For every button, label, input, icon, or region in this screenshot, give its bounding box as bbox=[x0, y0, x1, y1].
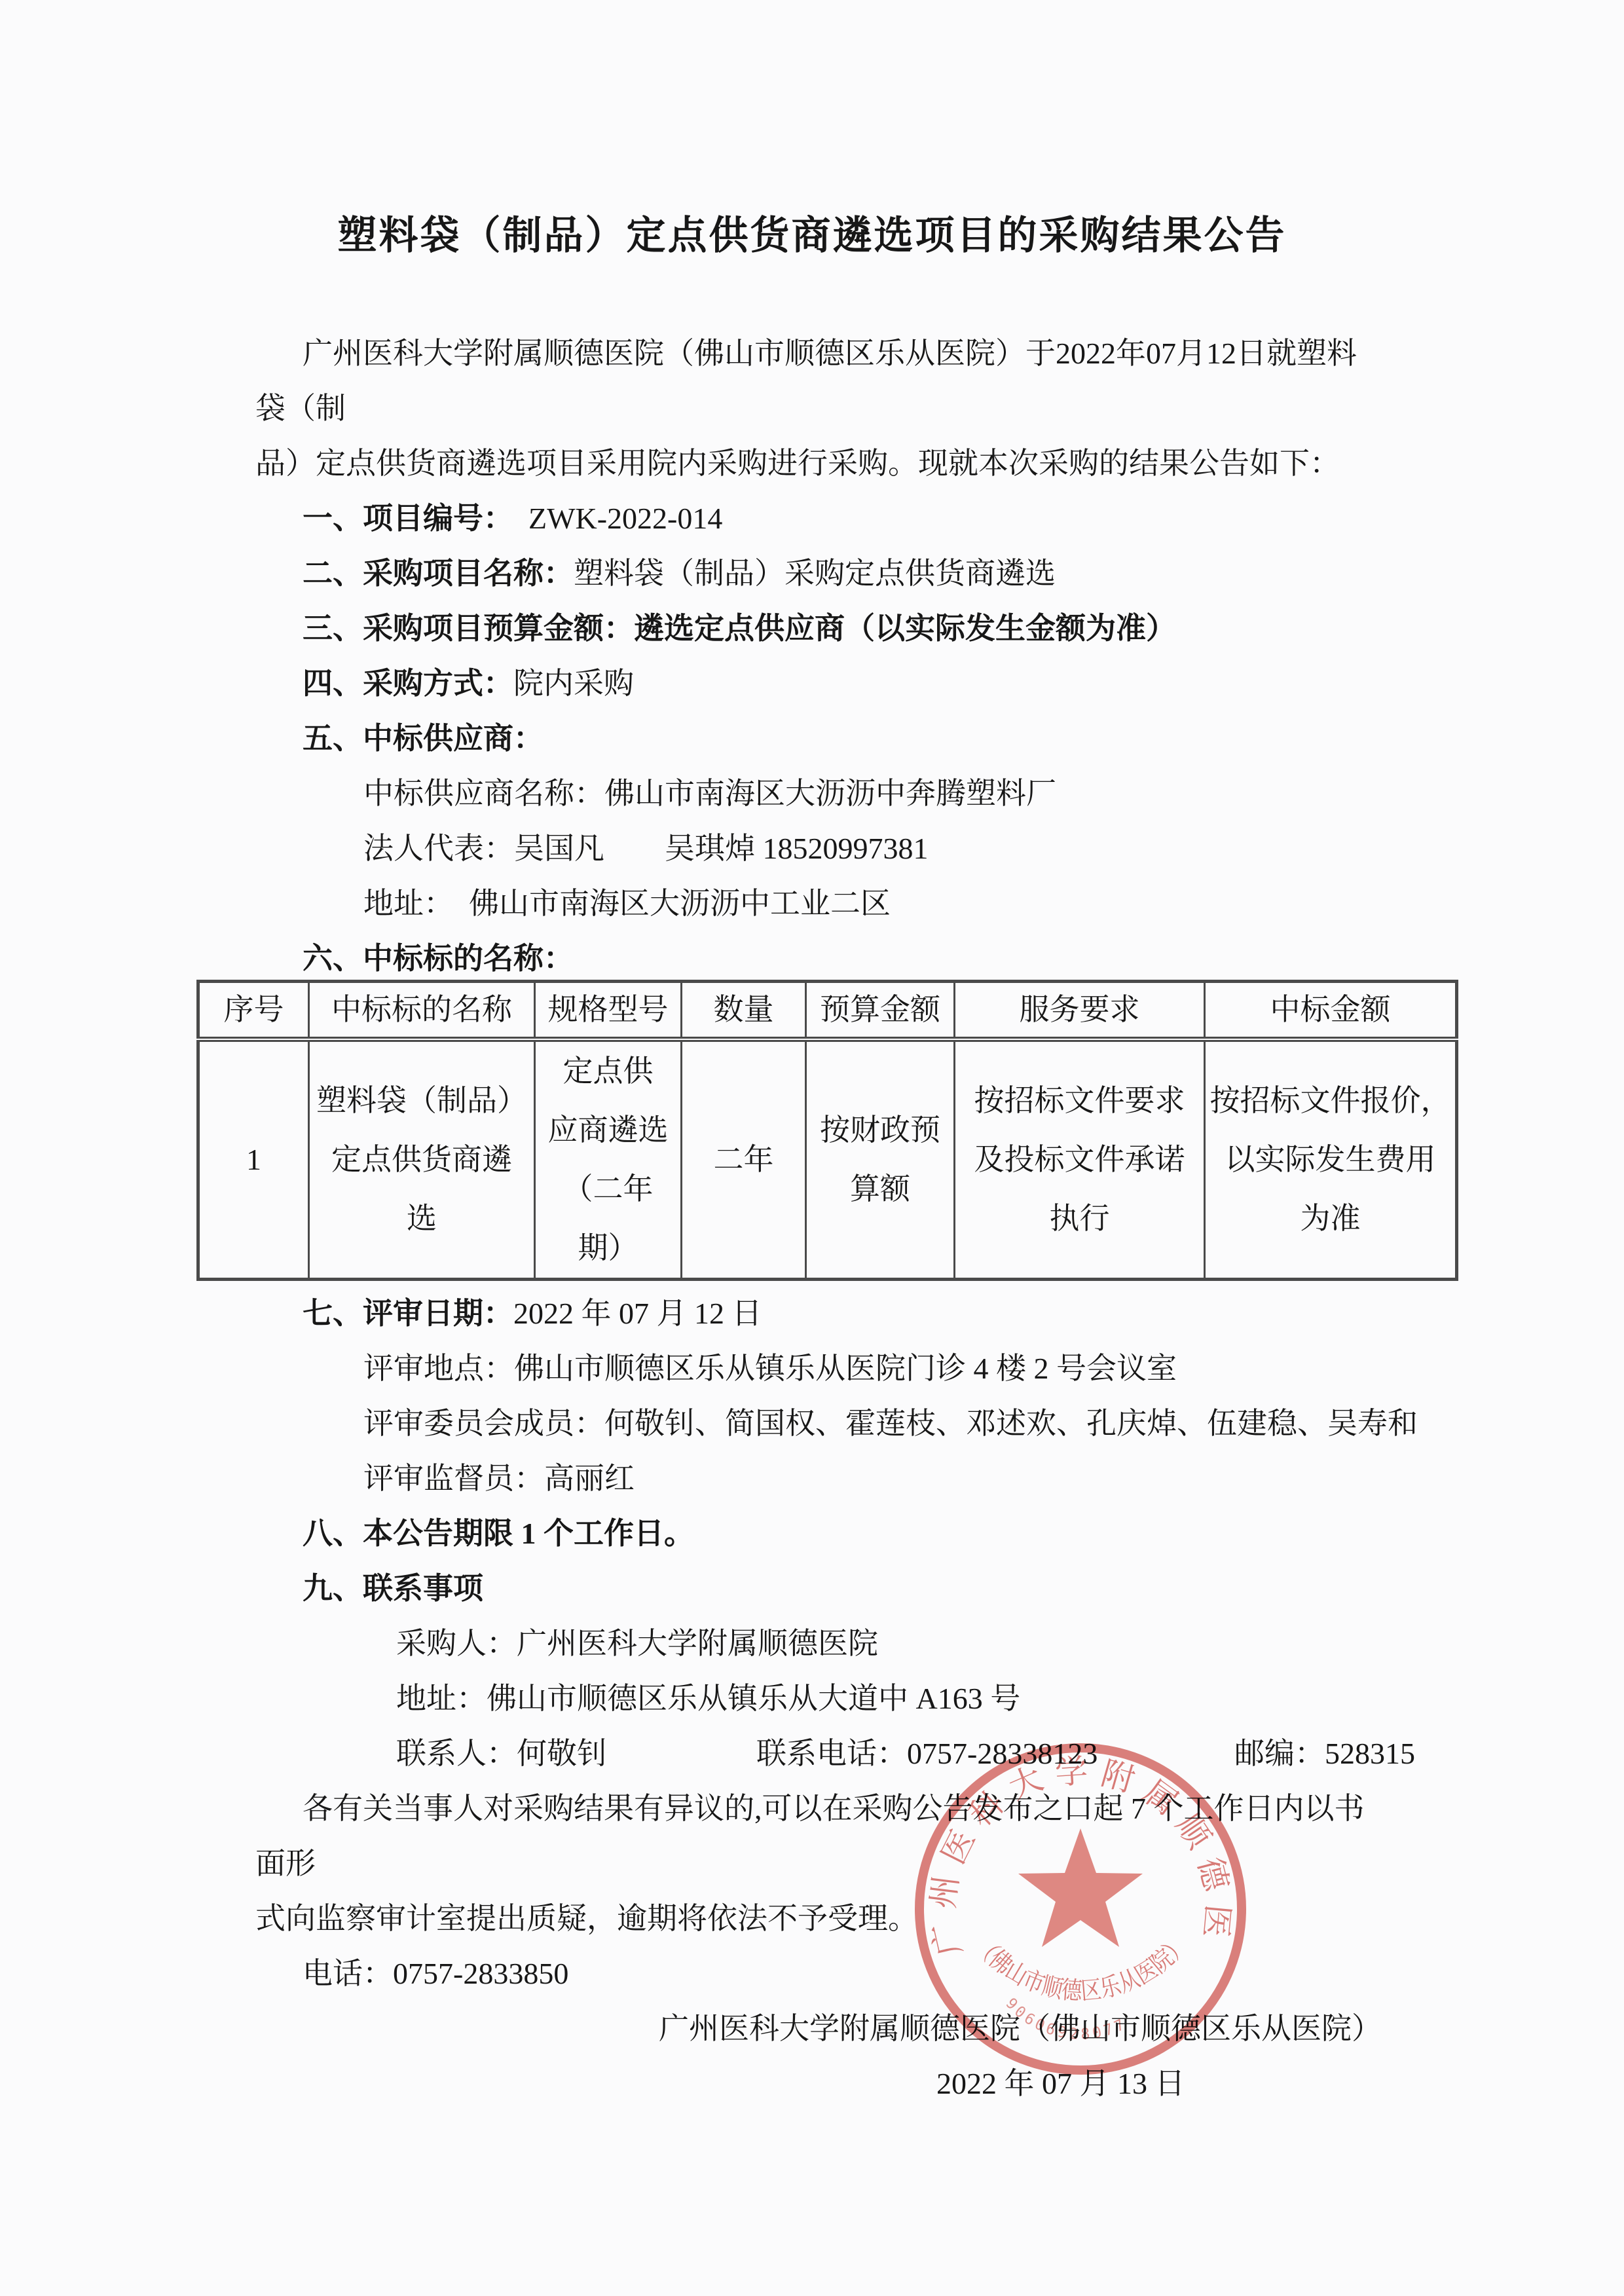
cell-service: 按招标文件要求 及投标文件承诺 执行 bbox=[955, 1039, 1205, 1280]
col-header-name: 中标标的名称 bbox=[309, 982, 535, 1040]
contact-person: 联系人：何敬钊 bbox=[396, 1726, 607, 1781]
buyer-address-line: 地址：佛山市顺德区乐从镇乐从大道中 A163 号 bbox=[255, 1671, 1382, 1726]
scanned-document-page: 塑料袋（制品）定点供货商遴选项目的采购结果公告 广州医科大学附属顺德医院（佛山市… bbox=[0, 0, 1624, 2296]
cell-qty: 二年 bbox=[682, 1039, 806, 1280]
item-4-label: 四、采购方式： bbox=[303, 667, 513, 700]
item-4-method: 四、采购方式：院内采购 bbox=[255, 656, 1382, 711]
item-2-value: 塑料袋（制品）采购定点供货商遴选 bbox=[574, 557, 1056, 590]
item-3-label: 三、采购项目预算金额： bbox=[303, 612, 634, 645]
contact-postcode: 邮编：528315 bbox=[1234, 1726, 1415, 1781]
item-7-review-date: 七、评审日期：2022 年 07 月 12 日 bbox=[255, 1286, 1382, 1341]
review-place-line: 评审地点：佛山市顺德区乐从镇乐从医院门诊 4 楼 2 号会议室 bbox=[255, 1341, 1382, 1396]
item-1-value: ZWK-2022-014 bbox=[498, 502, 722, 535]
item-6-label: 六、中标标的名称： bbox=[303, 942, 574, 975]
contact-row: 联系人：何敬钊 联系电话：0757-28338123 邮编：528315 bbox=[255, 1726, 1382, 1781]
col-header-qty: 数量 bbox=[682, 982, 806, 1040]
award-table-row: 1 塑料袋（制品） 定点供货商遴 选 定点供 应商遴选 （二年 期） 二年 按财… bbox=[198, 1039, 1457, 1280]
phone-line: 电话：0757-2833850 bbox=[255, 1946, 1382, 2001]
cell-seq: 1 bbox=[198, 1039, 309, 1280]
item-5-winning-supplier: 五、中标供应商： bbox=[255, 711, 1382, 766]
buyer-line: 采购人：广州医科大学附属顺德医院 bbox=[255, 1616, 1382, 1671]
item-8-announcement-period: 八、本公告期限 1 个工作日。 bbox=[255, 1506, 1382, 1561]
item-1-project-number: 一、项目编号： ZWK-2022-014 bbox=[255, 491, 1382, 546]
supplier-name-line: 中标供应商名称：佛山市南海区大沥沥中奔腾塑料厂 bbox=[255, 766, 1382, 821]
item-1-label: 一、项目编号： bbox=[303, 502, 498, 535]
contact-phone: 联系电话：0757-28338123 bbox=[756, 1726, 1098, 1781]
cell-spec: 定点供 应商遴选 （二年 期） bbox=[535, 1039, 682, 1280]
signature-date: 2022 年 07 月 13 日 bbox=[936, 2056, 1382, 2111]
supplier-address-line: 地址： 佛山市南海区大沥沥中工业二区 bbox=[255, 876, 1382, 931]
cell-name: 塑料袋（制品） 定点供货商遴 选 bbox=[309, 1039, 535, 1280]
item-2-project-name: 二、采购项目名称：塑料袋（制品）采购定点供货商遴选 bbox=[255, 546, 1382, 601]
review-committee-line: 评审委员会成员：何敬钊、简国权、霍莲枝、邓述欢、孔庆焯、伍建稳、吴寿和 bbox=[255, 1396, 1382, 1451]
col-header-seq: 序号 bbox=[198, 982, 309, 1040]
item-7-label: 七、评审日期： bbox=[303, 1297, 513, 1330]
item-3-value: 遴选定点供应商（以实际发生金额为准） bbox=[634, 612, 1176, 645]
col-header-service: 服务要求 bbox=[955, 982, 1205, 1040]
col-header-amount: 中标金额 bbox=[1205, 982, 1457, 1040]
signature-line: 广州医科大学附属顺德医院（佛山市顺德区乐从医院） bbox=[255, 2001, 1382, 2056]
item-3-budget: 三、采购项目预算金额：遴选定点供应商（以实际发生金额为准） bbox=[255, 601, 1382, 656]
award-table-header-row: 序号 中标标的名称 规格型号 数量 预算金额 服务要求 中标金额 bbox=[198, 982, 1457, 1040]
item-5-label: 五、中标供应商： bbox=[303, 722, 544, 755]
review-supervisor-line: 评审监督员：高丽红 bbox=[255, 1451, 1382, 1506]
item-9-contact-matters: 九、联系事项 bbox=[255, 1561, 1382, 1616]
cell-amount: 按招标文件报价， 以实际发生费用 为准 bbox=[1205, 1039, 1457, 1280]
supplier-legal-rep-line: 法人代表：吴国凡 吴琪焯 18520997381 bbox=[255, 821, 1382, 876]
item-2-label: 二、采购项目名称： bbox=[303, 557, 574, 590]
col-header-budget: 预算金额 bbox=[806, 982, 955, 1040]
cell-budget: 按财政预 算额 bbox=[806, 1039, 955, 1280]
item-6-award-name: 六、中标标的名称： bbox=[255, 931, 1382, 986]
award-table: 序号 中标标的名称 规格型号 数量 预算金额 服务要求 中标金额 1 塑料袋（制… bbox=[196, 980, 1458, 1281]
item-4-value: 院内采购 bbox=[513, 667, 634, 700]
document-title: 塑料袋（制品）定点供货商遴选项目的采购结果公告 bbox=[0, 204, 1624, 261]
intro-paragraph: 广州医科大学附属顺德医院（佛山市顺德区乐从医院）于2022年07月12日就塑料袋… bbox=[255, 326, 1382, 491]
col-header-spec: 规格型号 bbox=[535, 982, 682, 1040]
objection-paragraph: 各有关当事人对采购结果有异议的,可以在采购公告发布之口起 7 个工作日内以书面形… bbox=[255, 1781, 1382, 1946]
item-7-value: 2022 年 07 月 12 日 bbox=[513, 1297, 762, 1330]
document-body: 广州医科大学附属顺德医院（佛山市顺德区乐从医院）于2022年07月12日就塑料袋… bbox=[255, 326, 1382, 2111]
